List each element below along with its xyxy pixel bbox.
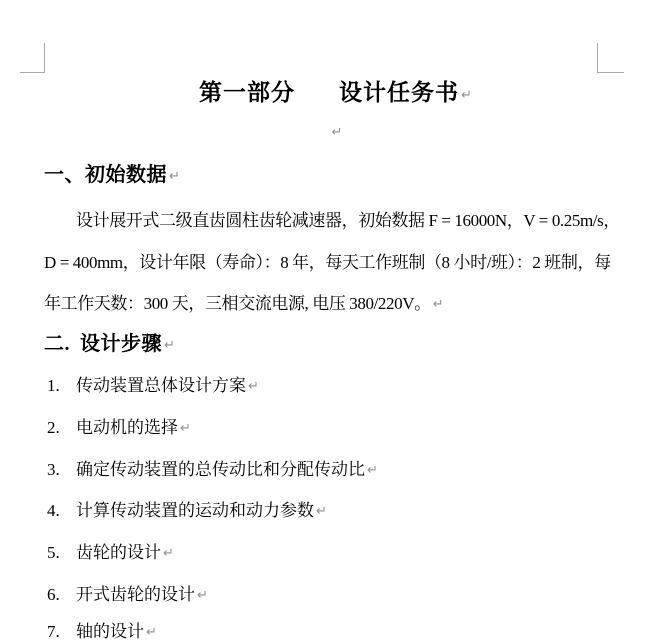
title-name-label: 设计任务书 — [339, 80, 459, 105]
list-item: 4.计算传动装置的运动和动力参数↵ — [47, 496, 327, 521]
list-item: 1.传动装置总体设计方案↵ — [47, 371, 259, 396]
paragraph-mark-icon: ↵ — [163, 546, 174, 561]
paragraph-mark-icon: ↵ — [197, 588, 208, 603]
list-item: 2.电动机的选择↵ — [47, 413, 191, 438]
list-item-number: 5. — [47, 543, 76, 563]
list-item-number: 1. — [47, 376, 76, 396]
empty-paragraph: ↵ — [0, 124, 672, 142]
text-boundary-mark-top-left-icon — [20, 43, 45, 73]
paragraph-mark-icon: ↵ — [164, 338, 175, 353]
paragraph-line-text: D = 400mm，设计年限（寿命）：8 年，每天工作班制（8 小时/班）：2 … — [44, 253, 611, 272]
paragraph-mark-icon: ↵ — [433, 297, 444, 312]
list-item-text: 传动装置总体设计方案 — [76, 376, 246, 395]
paragraph-line: D = 400mm，设计年限（寿命）：8 年，每天工作班制（8 小时/班）：2 … — [44, 248, 611, 273]
paragraph-mark-icon: ↵ — [461, 88, 473, 103]
paragraph-mark-icon: ↵ — [332, 125, 343, 140]
paragraph-line: 设计展开式二级直齿圆柱齿轮减速器，初始数据 F = 16000N，V = 0.2… — [76, 206, 620, 231]
paragraph-mark-icon: ↵ — [367, 463, 378, 478]
list-item: 6.开式齿轮的设计↵ — [47, 580, 208, 605]
list-item-number: 6. — [47, 585, 76, 605]
paragraph-mark-icon: ↵ — [180, 421, 191, 436]
paragraph-mark-icon: ↵ — [316, 504, 327, 519]
paragraph-mark-icon: ↵ — [169, 169, 180, 184]
list-item-text: 轴的设计 — [76, 622, 144, 641]
list-item-text: 开式齿轮的设计 — [76, 585, 195, 604]
title-part-label: 第一部分 — [199, 80, 295, 105]
list-item-number: 7. — [47, 622, 76, 641]
section2-heading-number: 二. — [44, 327, 80, 356]
list-item-number: 3. — [47, 460, 76, 480]
section2-heading: 二.设计步骤↵ — [44, 327, 175, 356]
list-item: 3.确定传动装置的总传动比和分配传动比↵ — [47, 455, 378, 480]
section2-heading-label: 设计步骤 — [80, 333, 162, 355]
document-title: 第一部分设计任务书↵ — [0, 74, 672, 107]
list-item: 7.轴的设计↵ — [47, 617, 157, 641]
list-item-number: 2. — [47, 418, 76, 438]
list-item-text: 电动机的选择 — [76, 418, 178, 437]
paragraph-mark-icon: ↵ — [146, 625, 157, 640]
paragraph-line-text: 年工作天数：300 天，三相交流电源, 电压 380/220V。 — [44, 294, 431, 313]
text-boundary-mark-top-right-icon — [597, 43, 624, 73]
list-item-number: 4. — [47, 501, 76, 521]
document-page: 第一部分设计任务书↵ ↵ 一、初始数据↵ 设计展开式二级直齿圆柱齿轮减速器，初始… — [0, 0, 672, 641]
list-item-text: 确定传动装置的总传动比和分配传动比 — [76, 460, 365, 479]
paragraph-mark-icon: ↵ — [248, 379, 259, 394]
list-item-text: 齿轮的设计 — [76, 543, 161, 562]
section1-heading-label: 一、初始数据 — [44, 164, 167, 186]
list-item-text: 计算传动装置的运动和动力参数 — [76, 501, 314, 520]
list-item: 5.齿轮的设计↵ — [47, 538, 174, 563]
section1-heading: 一、初始数据↵ — [44, 158, 180, 187]
paragraph-line-text: 设计展开式二级直齿圆柱齿轮减速器，初始数据 F = 16000N，V = 0.2… — [76, 211, 620, 230]
paragraph-line: 年工作天数：300 天，三相交流电源, 电压 380/220V。↵ — [44, 289, 443, 314]
